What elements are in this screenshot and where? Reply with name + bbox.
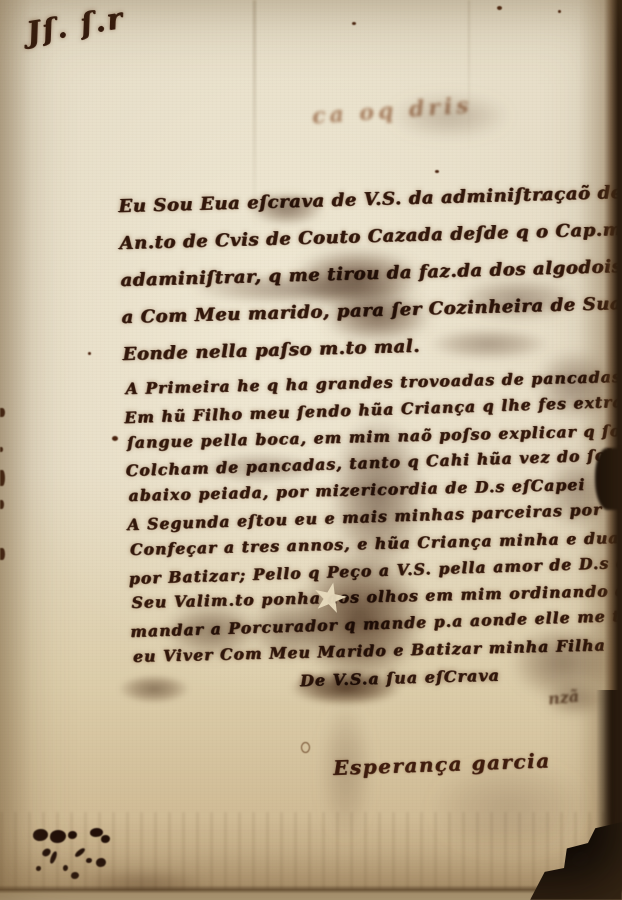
manuscript-photo: Jſ. ſ.r ca oq dris Eu Sou Eua eſcrava de…: [0, 0, 622, 900]
photo-vignette: [0, 0, 622, 900]
